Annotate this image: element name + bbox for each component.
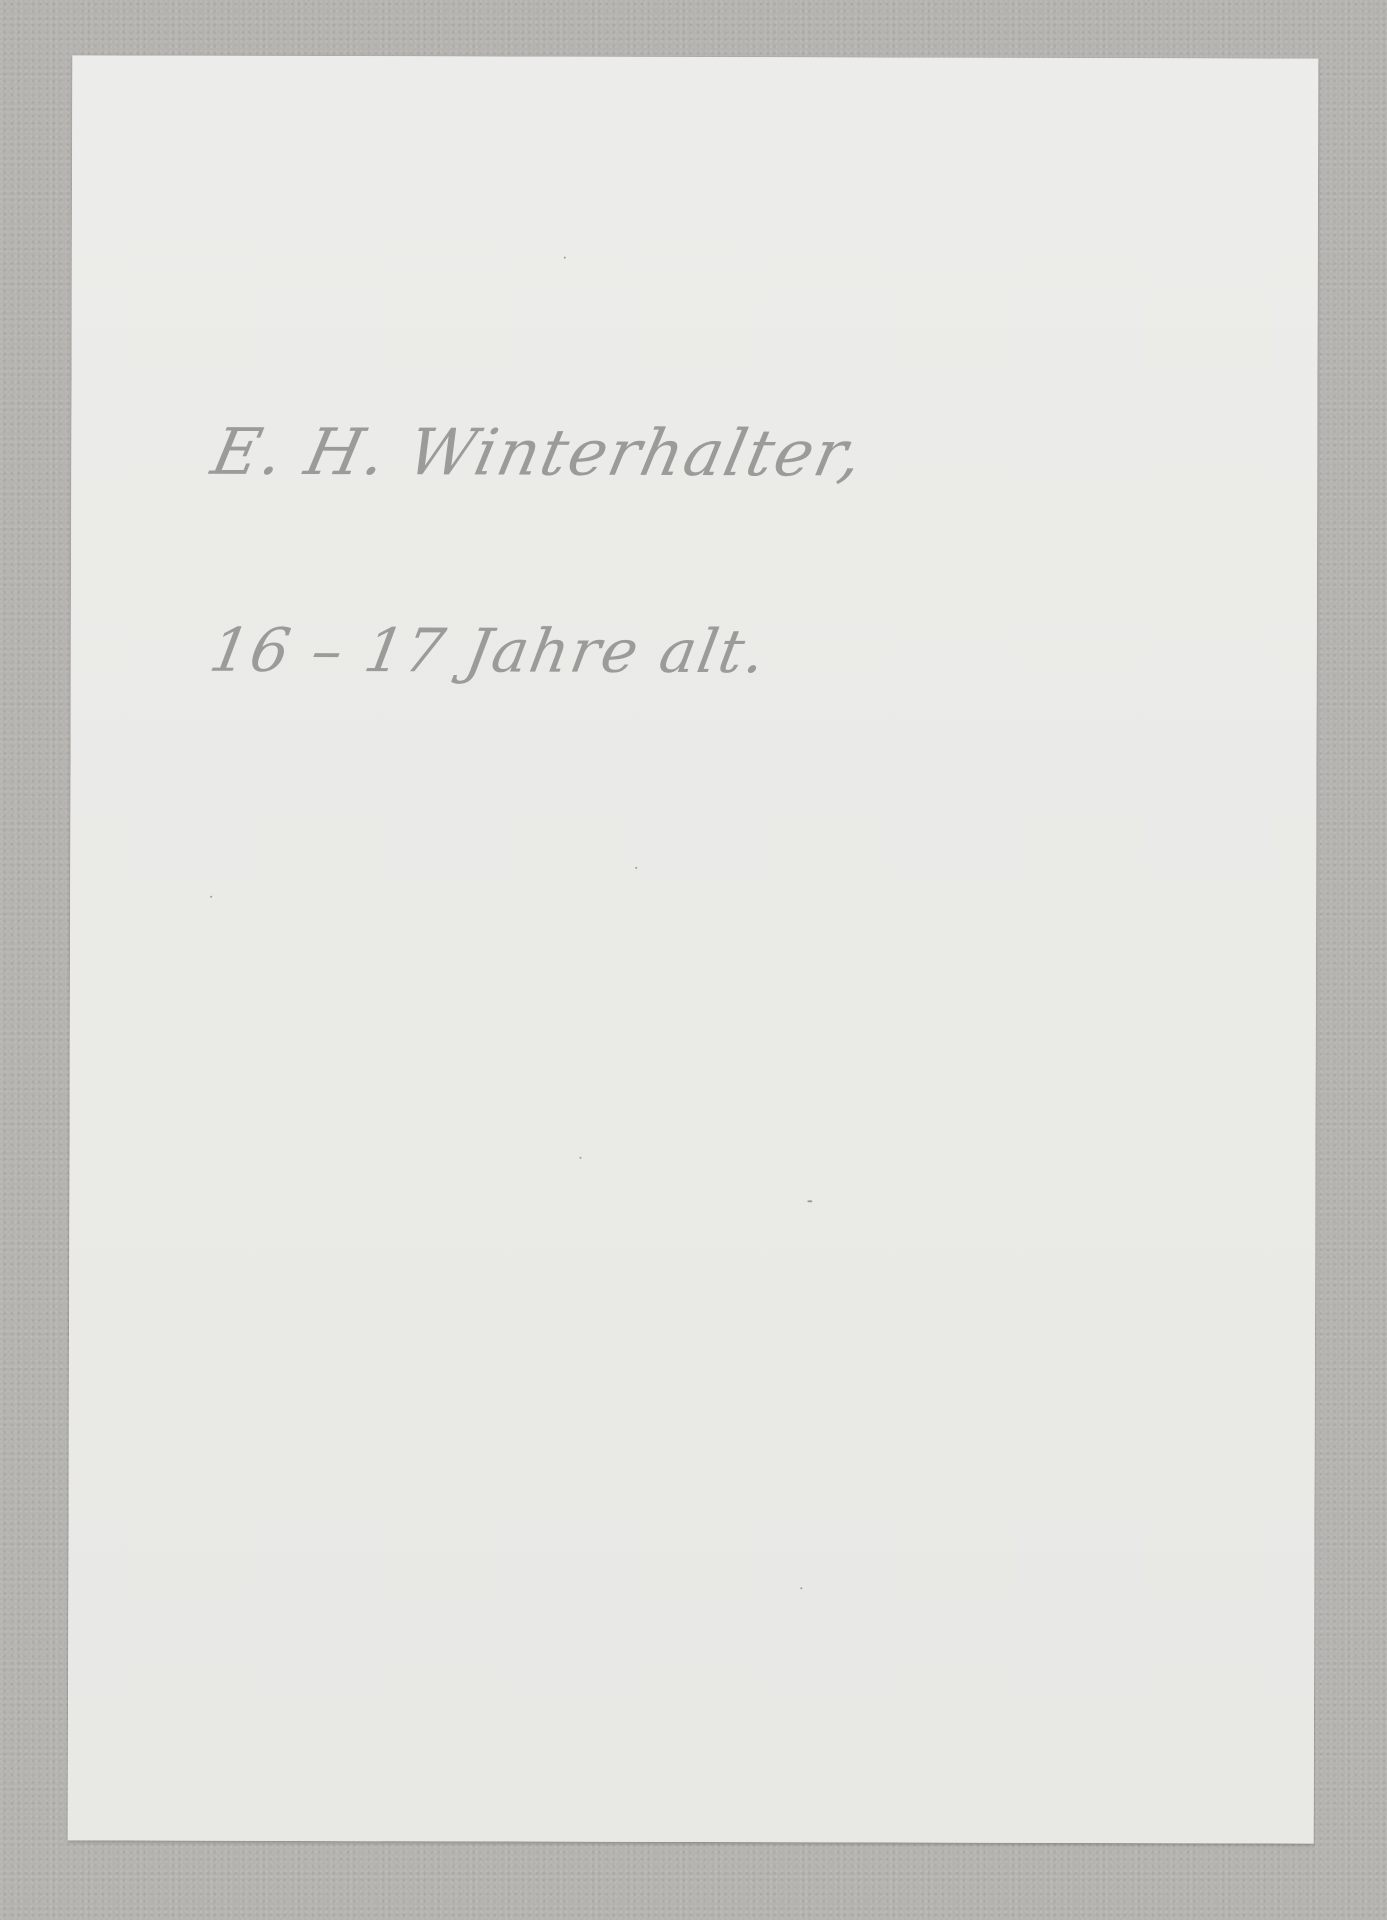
- inscription-name: E. H. Winterhalter,: [205, 416, 871, 492]
- paper-speck: [807, 1200, 812, 1202]
- paper-speck: [635, 867, 637, 869]
- paper-speck: [579, 1157, 581, 1159]
- paper-speck: [800, 1587, 802, 1589]
- inscription-age: 16 – 17 Jahre alt.: [205, 616, 773, 687]
- paper-speck: [564, 257, 566, 259]
- card-back: E. H. Winterhalter, 16 – 17 Jahre alt.: [68, 55, 1319, 1843]
- paper-speck: [210, 896, 212, 898]
